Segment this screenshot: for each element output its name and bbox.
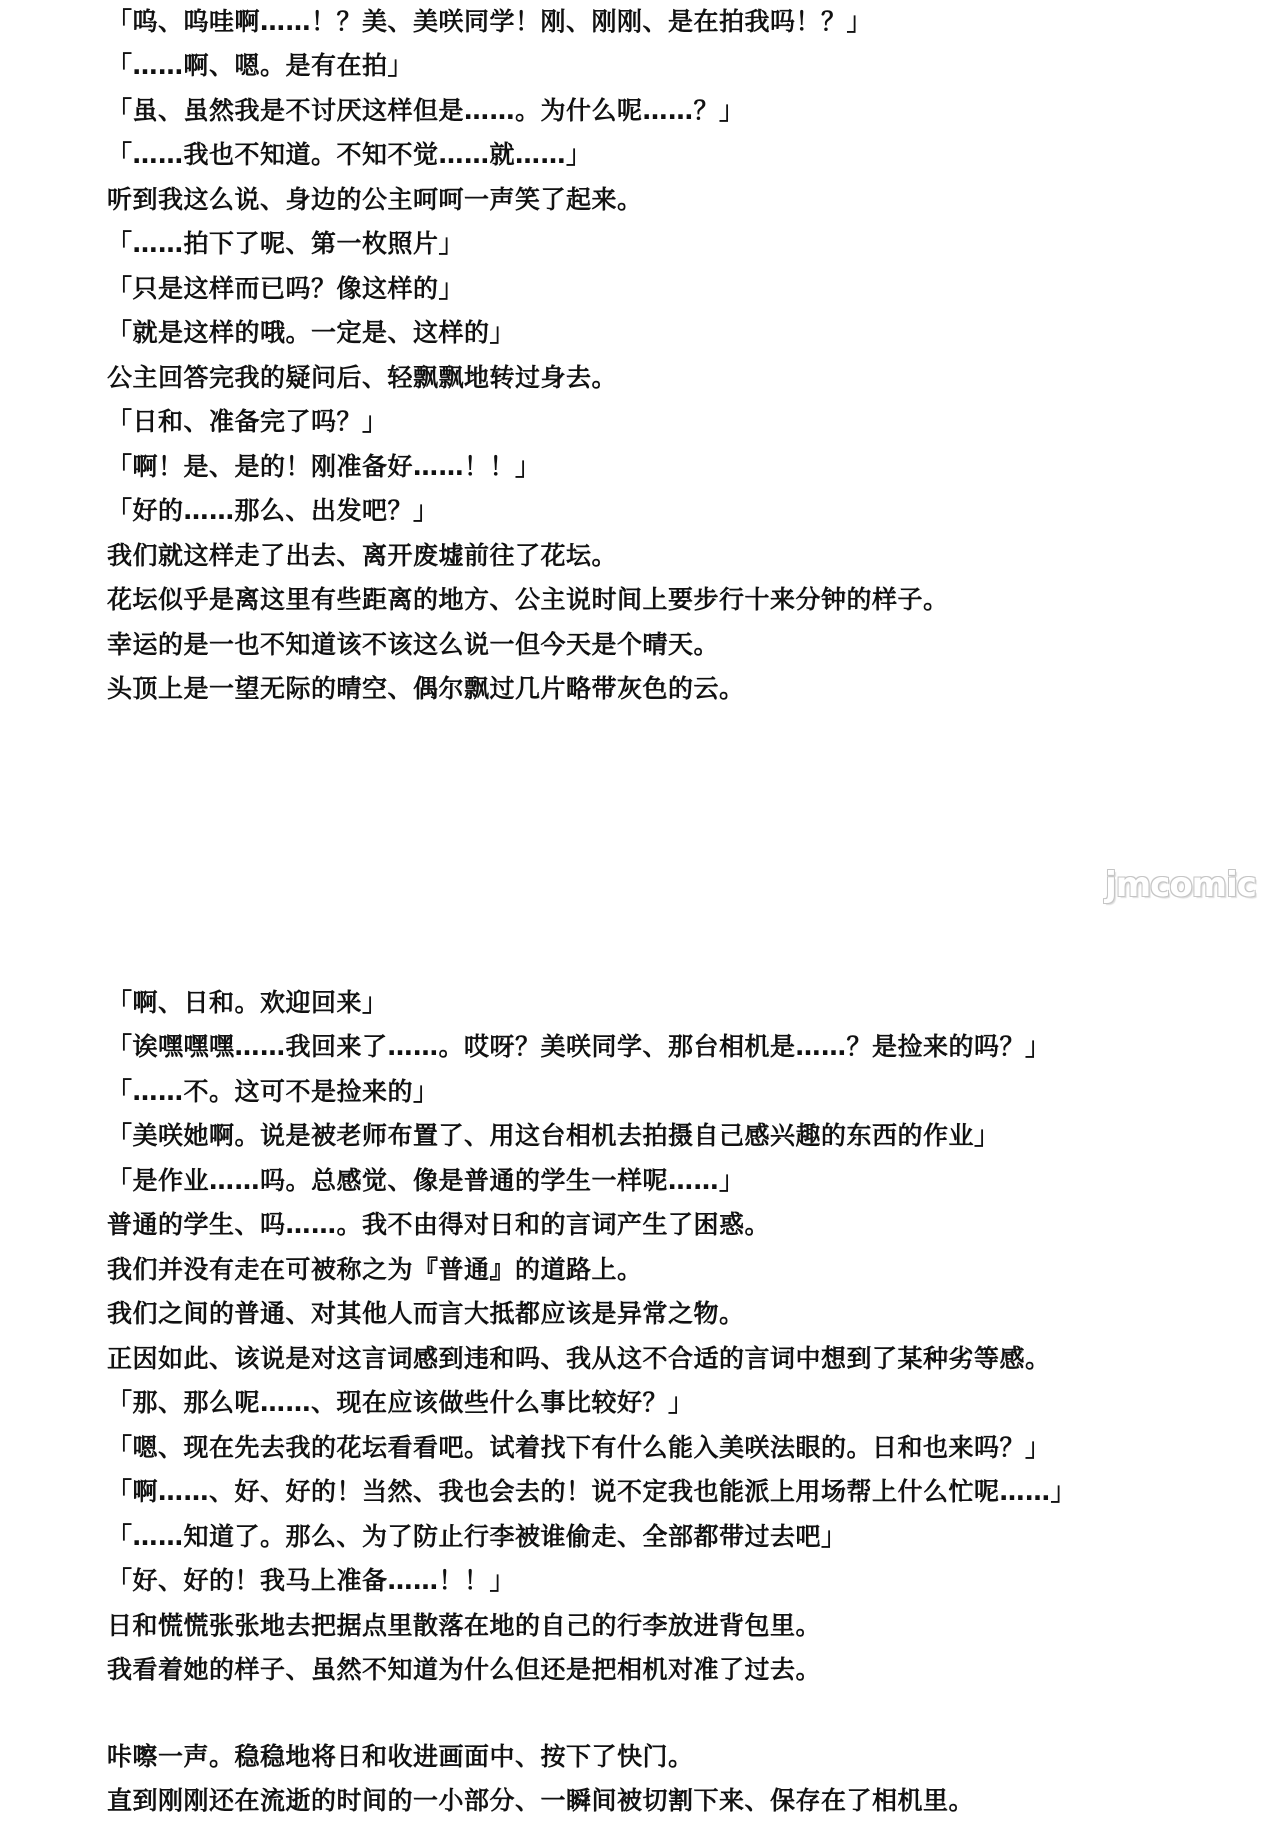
text-line: 幸运的是一也不知道该不该这么说一但今天是个晴天。 — [107, 629, 719, 661]
text-line: 「嗯、现在先去我的花坛看看吧。试着找下有什么能入美咲法眼的。日和也来吗？」 — [107, 1432, 1051, 1464]
text-line: 公主回答完我的疑问后、轻飘飘地转过身去。 — [107, 362, 617, 394]
text-line: 我看着她的样子、虽然不知道为什么但还是把相机对准了过去。 — [107, 1654, 821, 1686]
text-line: 正因如此、该说是对这言词感到违和吗、我从这不合适的言词中想到了某种劣等感。 — [107, 1343, 1051, 1375]
text-line: 「……啊、嗯。是有在拍」 — [107, 50, 413, 82]
text-line: 「啊、日和。欢迎回来」 — [107, 987, 388, 1019]
text-line: 「……拍下了呢、第一枚照片」 — [107, 228, 464, 260]
text-line: 头顶上是一望无际的晴空、偶尔飘过几片略带灰色的云。 — [107, 673, 745, 705]
text-line: 「日和、准备完了吗？」 — [107, 406, 388, 438]
text-line: 「好的……那么、出发吧？」 — [107, 495, 439, 527]
text-line: 直到刚刚还在流逝的时间的一小部分、一瞬间被切割下来、保存在了相机里。 — [107, 1785, 974, 1817]
text-line: 「……不。这可不是捡来的」 — [107, 1076, 439, 1108]
text-line: 「……我也不知道。不知不觉……就……」 — [107, 139, 592, 171]
watermark-text: jmcomic — [1105, 865, 1256, 905]
text-line: 「啊！是、是的！刚准备好……！！」 — [107, 451, 541, 483]
text-line: 「呜、呜哇啊……！？美、美咲同学！刚、刚刚、是在拍我吗！？」 — [107, 6, 872, 38]
text-line: 普通的学生、吗……。我不由得对日和的言词产生了困惑。 — [107, 1209, 770, 1241]
text-line: 「就是这样的哦。一定是、这样的」 — [107, 317, 515, 349]
text-line: 日和慌慌张张地去把据点里散落在地的自己的行李放进背包里。 — [107, 1610, 821, 1642]
text-line: 「美咲她啊。说是被老师布置了、用这台相机去拍摄自己感兴趣的东西的作业」 — [107, 1120, 1000, 1152]
text-line: 「只是这样而已吗？像这样的」 — [107, 273, 464, 305]
text-line: 我们之间的普通、对其他人而言大抵都应该是异常之物。 — [107, 1298, 745, 1330]
text-line: 「诶嘿嘿嘿……我回来了……。哎呀？美咲同学、那台相机是……？是捡来的吗？」 — [107, 1031, 1051, 1063]
text-line: 「啊……、好、好的！当然、我也会去的！说不定我也能派上用场帮上什么忙呢……」 — [107, 1476, 1076, 1508]
text-line: 「是作业……吗。总感觉、像是普通的学生一样呢……」 — [107, 1165, 745, 1197]
text-line: 听到我这么说、身边的公主呵呵一声笑了起来。 — [107, 184, 643, 216]
text-line: 花坛似乎是离这里有些距离的地方、公主说时间上要步行十来分钟的样子。 — [107, 584, 949, 616]
text-line: 咔嚓一声。稳稳地将日和收进画面中、按下了快门。 — [107, 1741, 694, 1773]
text-line: 「虽、虽然我是不讨厌这样但是……。为什么呢……？」 — [107, 95, 745, 127]
text-line: 我们并没有走在可被称之为『普通』的道路上。 — [107, 1254, 643, 1286]
text-line: 「……知道了。那么、为了防止行李被谁偷走、全部都带过去吧」 — [107, 1521, 847, 1553]
text-line: 我们就这样走了出去、离开废墟前往了花坛。 — [107, 540, 617, 572]
text-line: 「那、那么呢……、现在应该做些什么事比较好？」 — [107, 1387, 694, 1419]
watermark: jmcomic — [1083, 862, 1278, 908]
text-line: 「好、好的！我马上准备……！！」 — [107, 1565, 515, 1597]
